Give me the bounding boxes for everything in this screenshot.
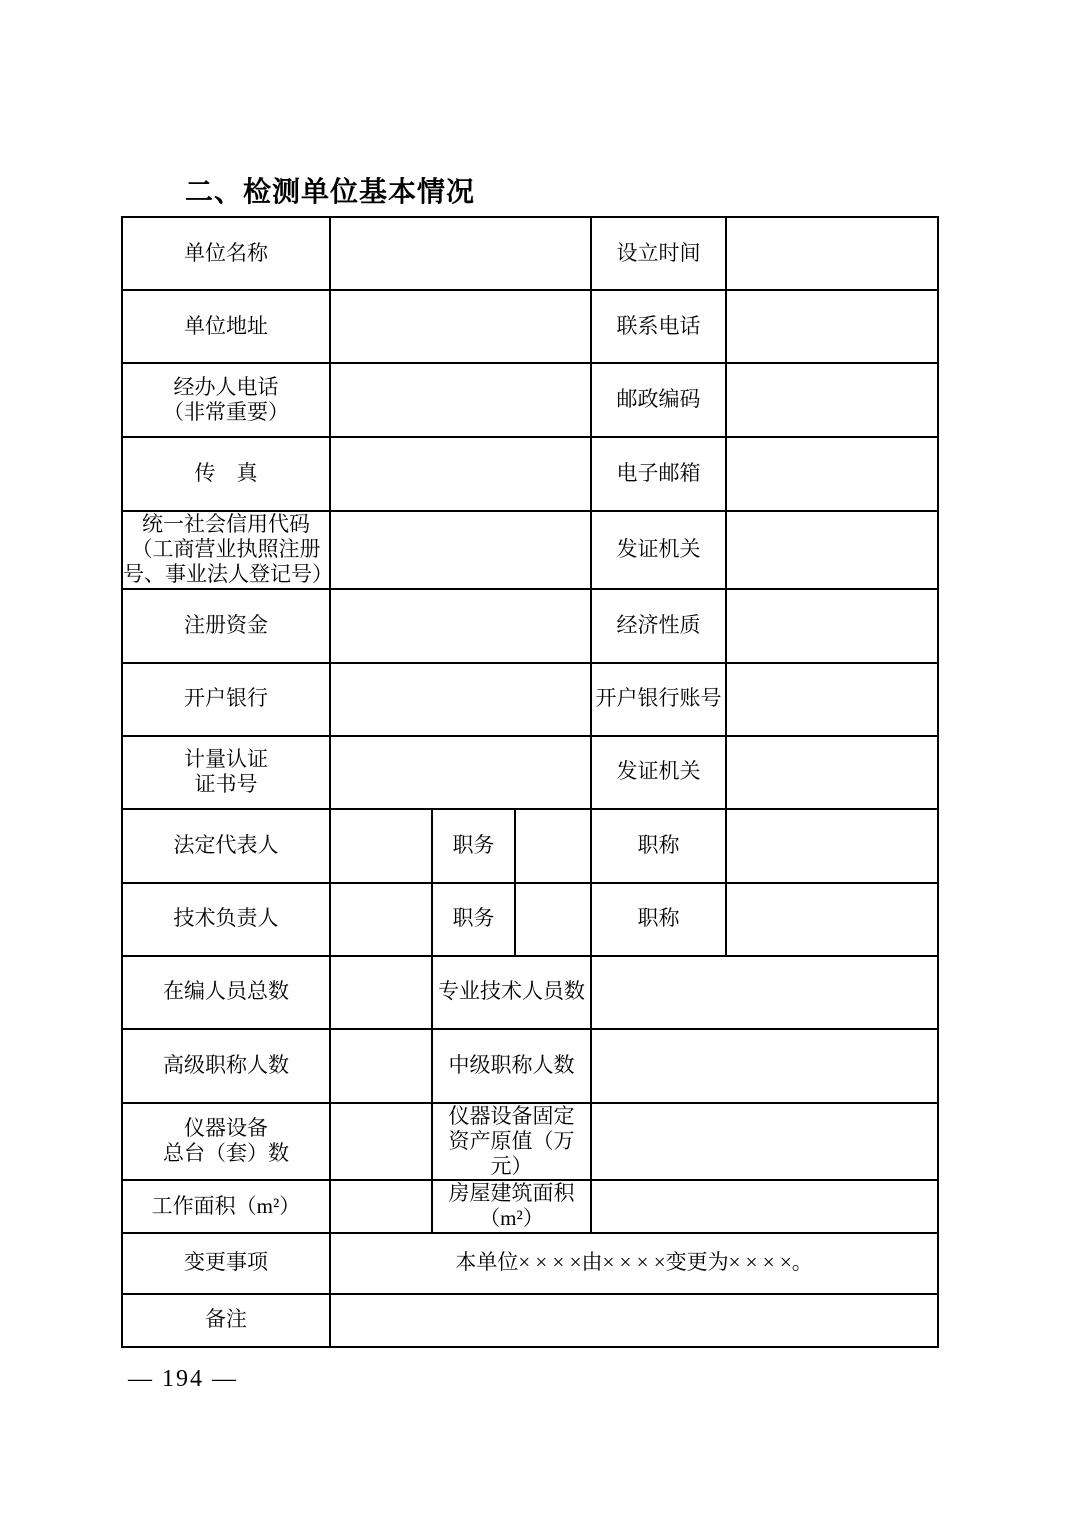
field-fax (330, 437, 591, 511)
label-issuing-authority-2: 发证机关 (591, 736, 726, 809)
label-change-items: 变更事项 (122, 1233, 330, 1294)
label-metrology-cert-no: 计量认证 证书号 (122, 736, 330, 809)
field-technical-director (330, 883, 432, 956)
label-economic-nature: 经济性质 (591, 589, 726, 663)
table-row: 仪器设备 总台（套）数 仪器设备固定 资产原值（万元） (122, 1103, 938, 1181)
label-unit-name: 单位名称 (122, 217, 330, 290)
label-legal-representative: 法定代表人 (122, 809, 330, 883)
field-professional-staff (591, 956, 938, 1029)
table-row: 单位地址 联系电话 (122, 290, 938, 363)
table-row: 开户银行 开户银行账号 (122, 663, 938, 736)
table-row: 高级职称人数 中级职称人数 (122, 1029, 938, 1103)
label-handler-phone: 经办人电话 （非常重要） (122, 363, 330, 437)
table-row: 传 真 电子邮箱 (122, 437, 938, 511)
table-row: 在编人员总数 专业技术人员数 (122, 956, 938, 1029)
table-row: 备注 (122, 1294, 938, 1347)
field-remarks (330, 1294, 938, 1347)
label-professional-staff: 专业技术人员数 (432, 956, 591, 1029)
label-registered-capital: 注册资金 (122, 589, 330, 663)
field-bank-account (726, 663, 938, 736)
field-contact-phone (726, 290, 938, 363)
field-tech-director-title (726, 883, 938, 956)
label-postal-code: 邮政编码 (591, 363, 726, 437)
label-unit-address: 单位地址 (122, 290, 330, 363)
field-handler-phone (330, 363, 591, 437)
field-senior-title-count (330, 1029, 432, 1103)
field-legal-rep-title (726, 809, 938, 883)
page-number: — 194 — (128, 1366, 238, 1393)
label-contact-phone: 联系电话 (591, 290, 726, 363)
label-tech-director-title: 职称 (591, 883, 726, 956)
field-email (726, 437, 938, 511)
label-equipment-asset-value: 仪器设备固定 资产原值（万元） (432, 1103, 591, 1181)
field-building-area (591, 1180, 938, 1232)
label-fax: 传 真 (122, 437, 330, 511)
field-tech-director-position (515, 883, 591, 956)
label-legal-rep-title: 职称 (591, 809, 726, 883)
value-change-items: 本单位× × × ×由× × × ×变更为× × × ×。 (330, 1233, 938, 1294)
field-legal-representative (330, 809, 432, 883)
table-row: 法定代表人 职务 职称 (122, 809, 938, 883)
label-bank-name: 开户银行 (122, 663, 330, 736)
field-work-area (330, 1180, 432, 1232)
label-tech-director-position: 职务 (432, 883, 515, 956)
label-technical-director: 技术负责人 (122, 883, 330, 956)
field-unit-name (330, 217, 591, 290)
field-establish-date (726, 217, 938, 290)
label-total-staff: 在编人员总数 (122, 956, 330, 1029)
table-row: 技术负责人 职务 职称 (122, 883, 938, 956)
field-metrology-cert-no (330, 736, 591, 809)
table-row: 变更事项 本单位× × × ×由× × × ×变更为× × × ×。 (122, 1233, 938, 1294)
field-equipment-count (330, 1103, 432, 1181)
table-row: 统一社会信用代码 （工商营业执照注册 号、事业法人登记号） 发证机关 (122, 511, 938, 589)
field-total-staff (330, 956, 432, 1029)
label-legal-rep-position: 职务 (432, 809, 515, 883)
field-postal-code (726, 363, 938, 437)
table-row: 计量认证 证书号 发证机关 (122, 736, 938, 809)
label-senior-title-count: 高级职称人数 (122, 1029, 330, 1103)
field-bank-name (330, 663, 591, 736)
label-remarks: 备注 (122, 1294, 330, 1347)
table-row: 工作面积（m²） 房屋建筑面积 （m²） (122, 1180, 938, 1232)
label-equipment-count: 仪器设备 总台（套）数 (122, 1103, 330, 1181)
section-heading: 二、检测单位基本情况 (185, 176, 475, 208)
label-credit-code: 统一社会信用代码 （工商营业执照注册 号、事业法人登记号） (122, 511, 330, 589)
field-legal-rep-position (515, 809, 591, 883)
field-unit-address (330, 290, 591, 363)
field-registered-capital (330, 589, 591, 663)
field-economic-nature (726, 589, 938, 663)
label-establish-date: 设立时间 (591, 217, 726, 290)
label-building-area: 房屋建筑面积 （m²） (432, 1180, 591, 1232)
table-row: 注册资金 经济性质 (122, 589, 938, 663)
label-bank-account: 开户银行账号 (591, 663, 726, 736)
document-page: 二、检测单位基本情况 单位名称 设立时间 单位地址 联系电话 经办人电话 （非常… (0, 0, 1074, 1520)
label-issuing-authority-1: 发证机关 (591, 511, 726, 589)
field-mid-title-count (591, 1029, 938, 1103)
unit-basic-info-table: 单位名称 设立时间 单位地址 联系电话 经办人电话 （非常重要） 邮政编码 传 … (121, 216, 939, 1348)
table-row: 单位名称 设立时间 (122, 217, 938, 290)
field-equipment-asset-value (591, 1103, 938, 1181)
field-credit-code (330, 511, 591, 589)
field-issuing-authority-1 (726, 511, 938, 589)
label-work-area: 工作面积（m²） (122, 1180, 330, 1232)
table-row: 经办人电话 （非常重要） 邮政编码 (122, 363, 938, 437)
label-email: 电子邮箱 (591, 437, 726, 511)
label-mid-title-count: 中级职称人数 (432, 1029, 591, 1103)
field-issuing-authority-2 (726, 736, 938, 809)
